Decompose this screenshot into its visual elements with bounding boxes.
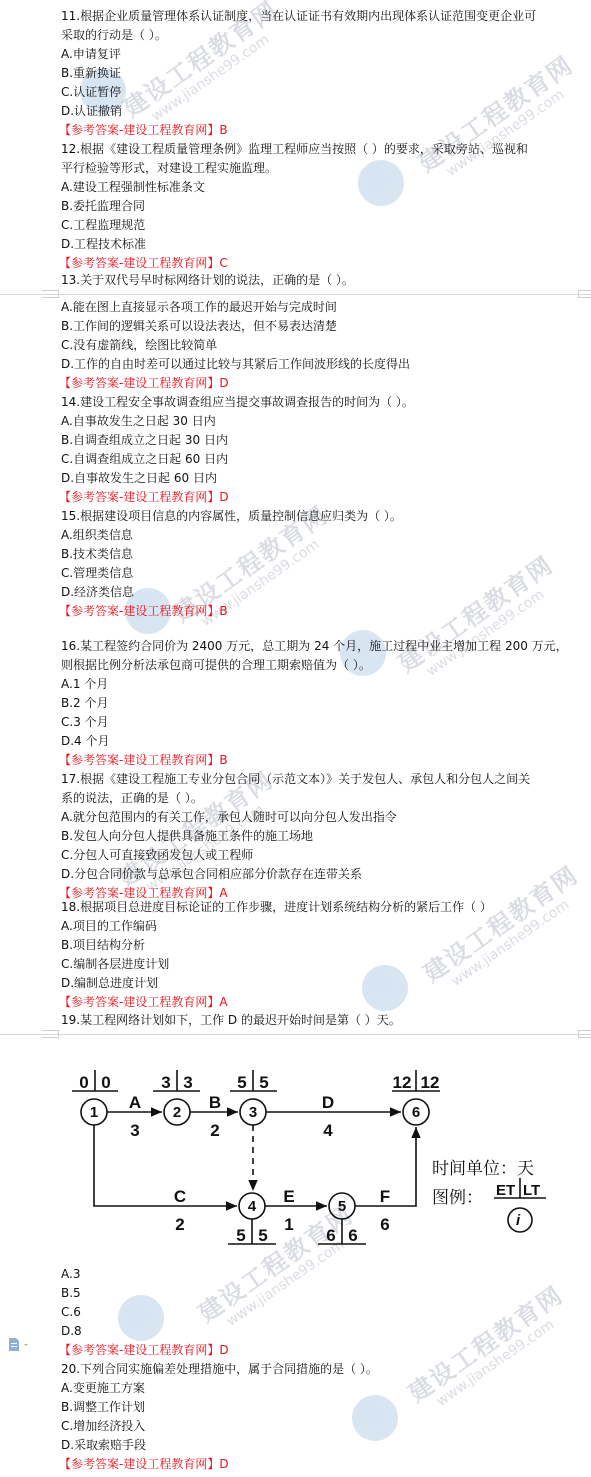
node-label: 1 [90, 1104, 98, 1121]
option-b: B.调整工作计划 [61, 1400, 145, 1414]
network-diagram: 1 2 3 4 5 6 00 33 55 1212 55 66 A 3 B 2 … [60, 1058, 580, 1263]
option-a: A.项目的工作编码 [61, 919, 157, 933]
watermark-logo-icon [358, 160, 404, 206]
option-a: A.组织类信息 [61, 528, 133, 542]
option-b: B.发包人向分包人提供具备施工条件的施工场地 [61, 829, 313, 843]
option-b: B.委托监理合同 [61, 199, 145, 213]
option-c: C.6 [61, 1305, 81, 1319]
legend-et: ET [496, 1182, 515, 1199]
option-b: B.5 [61, 1286, 81, 1300]
option-b: B.自调查组成立之日起 30 日内 [61, 433, 228, 447]
legend-node: i [516, 1212, 521, 1229]
legend-lt: LT [523, 1182, 540, 1199]
page-margin-mark [578, 290, 591, 298]
option-c: C.管理类信息 [61, 566, 133, 580]
activity-duration: 6 [380, 1215, 389, 1234]
activity-duration: 3 [130, 1121, 139, 1140]
option-c: C.工程监理规范 [61, 218, 145, 232]
watermark: 建设工程教育网www.jianshe99.com [400, 1276, 577, 1421]
option-c: C.分包人可直接致函发包人或工程师 [61, 848, 253, 862]
option-d: D.采取索赔手段 [61, 1438, 146, 1452]
option-b: B.项目结构分析 [61, 938, 145, 952]
question-11-stem: 11.根据企业质量管理体系认证制度，当在认证证书有效期内出现体系认证范围变更企业… [61, 9, 536, 23]
answer-line: 【参考答案-建设工程教育网】B [59, 753, 228, 767]
option-d: D.经济类信息 [61, 585, 134, 599]
question-18-stem: 18.根据项目总进度目标论证的工作步骤，进度计划系统结构分析的紧后工作（ ） [61, 900, 492, 914]
watermark: 建设工程教育网www.jianshe99.com [410, 46, 587, 191]
option-c: C.增加经济投入 [61, 1419, 145, 1433]
answer-line: 【参考答案-建设工程教育网】A [59, 995, 228, 1009]
node-label: 3 [249, 1104, 257, 1121]
activity-label: C [174, 1187, 186, 1206]
question-17-stem: 17.根据《建设工程施工专业分包合同（示范文本）》关于发包人、承包人和分包人之间… [61, 772, 530, 786]
answer-line: 【参考答案-建设工程教育网】C [59, 256, 228, 270]
svg-text:5: 5 [237, 1073, 246, 1092]
question-15-stem: 15.根据建设项目信息的内容属性，质量控制信息应归类为（ ）。 [61, 509, 402, 523]
svg-text:5: 5 [258, 1226, 267, 1245]
activity-duration: 2 [175, 1215, 184, 1234]
option-d: D.工作的自由时差可以通过比较与其紧后工作间波形线的长度得出 [61, 357, 410, 371]
question-11-stem: 采取的行动是（ ）。 [61, 28, 167, 42]
answer-line: 【参考答案-建设工程教育网】D [59, 1343, 229, 1357]
question-12-stem: 12.根据《建设工程质量管理条例》监理工程师应当按照（ ）的要求，采取旁站、巡视… [61, 142, 528, 156]
node-label: 2 [173, 1104, 181, 1121]
svg-text:6: 6 [326, 1226, 335, 1245]
node-label: 6 [412, 1104, 420, 1121]
option-b: B.2 个月 [61, 696, 109, 710]
answer-line: 【参考答案-建设工程教育网】D [59, 376, 229, 390]
activity-label: E [283, 1187, 294, 1206]
activity-duration: 2 [210, 1121, 219, 1140]
unit-label: 时间单位：天 [432, 1159, 534, 1179]
page-margin-mark [578, 1030, 591, 1038]
option-a: A.建设工程强制性标准条文 [61, 180, 205, 194]
page-margin-mark [42, 290, 59, 298]
option-a: A.1 个月 [61, 677, 108, 691]
svg-text:5: 5 [259, 1073, 268, 1092]
question-19-stem: 19.某工程网络计划如下，工作 D 的最迟开始时间是第（ ）天。 [61, 1013, 401, 1027]
watermark: 建设工程教育网www.jianshe99.com [415, 856, 591, 1001]
paste-options-icon[interactable] [4, 1338, 34, 1352]
svg-text:0: 0 [79, 1073, 88, 1092]
option-a: A.自事故发生之日起 30 日内 [61, 414, 216, 428]
svg-text:5: 5 [236, 1226, 245, 1245]
page-break-line [0, 294, 591, 295]
watermark-logo-icon [118, 1295, 164, 1341]
activity-duration: 4 [323, 1121, 333, 1140]
option-c: C.认证暂停 [61, 85, 121, 99]
option-c: C.没有虚箭线，绘图比较简单 [61, 338, 217, 352]
activity-label: F [380, 1187, 390, 1206]
option-a: A.变更施工方案 [61, 1381, 145, 1395]
node-label: 5 [338, 1198, 346, 1215]
option-d: D.工程技术标准 [61, 237, 146, 251]
watermark: 建设工程教育网www.jianshe99.com [390, 546, 567, 691]
activity-label: D [322, 1093, 334, 1112]
watermark-logo-icon [362, 965, 408, 1011]
option-c: C.3 个月 [61, 715, 109, 729]
question-14-stem: 14.建设工程安全事故调查组应当提交事故调查报告的时间为（ ）。 [61, 395, 414, 409]
option-d: D.8 [61, 1324, 82, 1338]
option-c: C.编制各层进度计划 [61, 957, 169, 971]
activity-label: B [209, 1093, 221, 1112]
option-d: D.认证撤销 [61, 104, 122, 118]
option-d: D.分包合同价款与总承包合同相应部分价款存在连带关系 [61, 867, 362, 881]
svg-text:6: 6 [348, 1226, 357, 1245]
svg-text:12: 12 [421, 1073, 440, 1092]
watermark-logo-icon [352, 1395, 398, 1441]
svg-text:3: 3 [161, 1073, 170, 1092]
page-break-line [0, 1034, 591, 1035]
question-17-stem: 系的说法，正确的是（ ）。 [61, 791, 203, 805]
option-a: A.就分包范围内的有关工作，承包人随时可以向分包人发出指令 [61, 810, 397, 824]
svg-text:12: 12 [393, 1073, 412, 1092]
svg-text:3: 3 [183, 1073, 192, 1092]
answer-line: 【参考答案-建设工程教育网】A [59, 886, 228, 900]
option-b: B.技术类信息 [61, 547, 133, 561]
option-b: B.重新换证 [61, 66, 121, 80]
option-d: D.4 个月 [61, 734, 110, 748]
activity-label: A [129, 1093, 141, 1112]
question-16-stem: 则根据比例分析法承包商可提供的合理工期索赔值为（ ）。 [61, 658, 371, 672]
option-a: A.3 [61, 1267, 80, 1281]
option-d: D.编制总进度计划 [61, 976, 158, 990]
page-margin-mark [42, 1030, 59, 1038]
legend-label: 图例： [432, 1188, 483, 1208]
svg-text:0: 0 [101, 1073, 110, 1092]
activity-duration: 1 [284, 1215, 293, 1234]
answer-line: 【参考答案-建设工程教育网】B [59, 123, 228, 137]
option-a: A.申请复评 [61, 47, 121, 61]
answer-line: 【参考答案-建设工程教育网】D [59, 490, 229, 504]
question-12-stem: 平行检验等形式，对建设工程实施监理。 [61, 161, 277, 175]
question-16-stem: 16.某工程签约合同价为 2400 万元，总工期为 24 个月，施工过程中业主增… [61, 639, 568, 653]
answer-line: 【参考答案-建设工程教育网】B [59, 604, 228, 618]
option-b: B.工作间的逻辑关系可以设法表达，但不易表达清楚 [61, 319, 337, 333]
option-c: C.自调查组成立之日起 60 日内 [61, 452, 228, 466]
question-13-stem: 13.关于双代号早时标网络计划的说法，正确的是（ ）。 [61, 273, 354, 287]
question-20-stem: 20.下列合同实施偏差处理措施中，属于合同措施的是（ ）。 [61, 1362, 378, 1376]
node-label: 4 [248, 1198, 257, 1215]
option-d: D.自事故发生之日起 60 日内 [61, 471, 217, 485]
answer-line: 【参考答案-建设工程教育网】D [59, 1457, 229, 1471]
option-a: A.能在图上直接显示各项工作的最迟开始与完成时间 [61, 300, 337, 314]
